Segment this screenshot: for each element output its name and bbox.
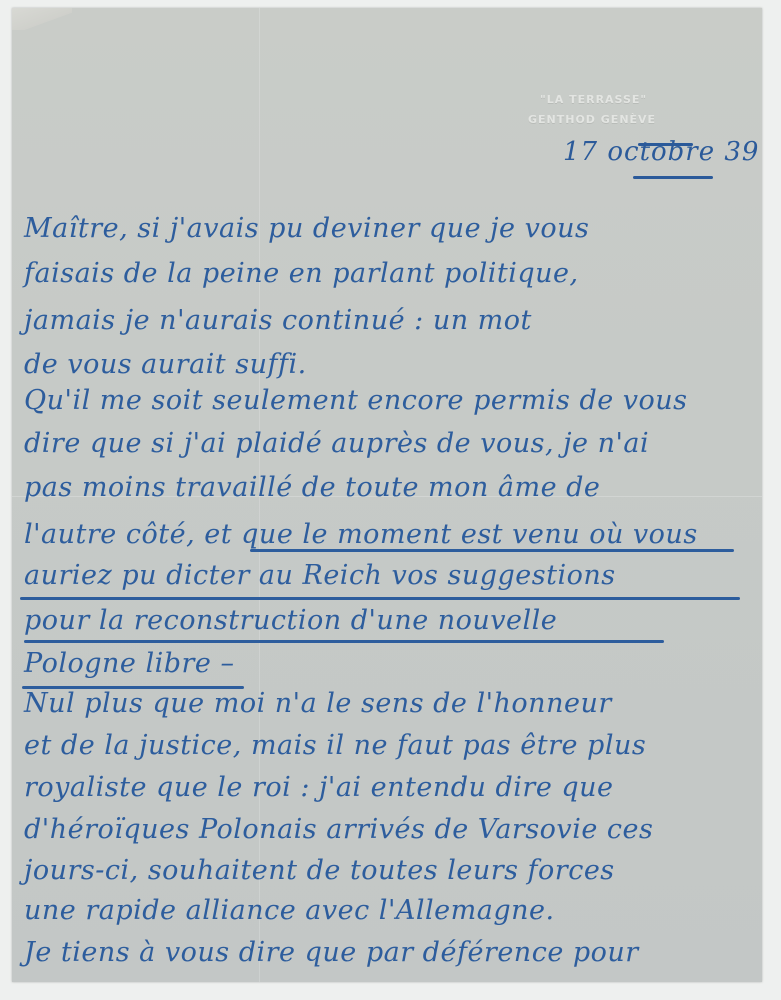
letter-date: 17 octobre 39 <box>563 137 759 167</box>
letterhead-address: GENTHOD GENÈVE <box>528 110 668 130</box>
letter-line: et de la justice, mais il ne faut pas êt… <box>24 730 646 761</box>
letter-line: jours-ci, souhaitent de toutes leurs for… <box>24 855 615 886</box>
letter-line: Je tiens à vous dire que par déférence p… <box>24 937 639 968</box>
letter-line: faisais de la peine en parlant politique… <box>24 258 579 289</box>
letter-line: Nul plus que moi n'a le sens de l'honneu… <box>24 688 612 719</box>
underline-stroke <box>250 549 734 552</box>
folded-corner <box>12 8 72 30</box>
letterhead-name: "LA TERRASSE" <box>528 90 668 110</box>
letter-line: Qu'il me soit seulement encore permis de… <box>24 385 688 416</box>
letter-line: jamais je n'aurais continué : un mot <box>24 305 532 336</box>
letter-line: Pologne libre – <box>24 648 234 679</box>
letter-line: d'héroïques Polonais arrivés de Varsovie… <box>24 814 653 845</box>
letter-line: dire que si j'ai plaidé auprès de vous, … <box>24 428 649 459</box>
letter-line: une rapide alliance avec l'Allemagne. <box>24 895 555 926</box>
letter-line: pour la reconstruction d'une nouvelle <box>24 605 557 636</box>
date-underline <box>633 176 713 179</box>
letter-line: pas moins travaillé de toute mon âme de <box>24 472 600 503</box>
letter-line: de vous aurait suffi. <box>24 349 307 380</box>
letter-line: l'autre côté, et que le moment est venu … <box>24 519 698 550</box>
underline-stroke <box>20 597 740 600</box>
embossed-letterhead: "LA TERRASSE" GENTHOD GENÈVE <box>528 90 668 130</box>
letter-line: auriez pu dicter au Reich vos suggestion… <box>24 560 616 591</box>
letter-line: Maître, si j'avais pu deviner que je vou… <box>24 213 589 244</box>
underline-stroke <box>24 640 664 643</box>
letter-line: royaliste que le roi : j'ai entendu dire… <box>24 772 614 803</box>
date-overline-stroke <box>638 143 693 146</box>
